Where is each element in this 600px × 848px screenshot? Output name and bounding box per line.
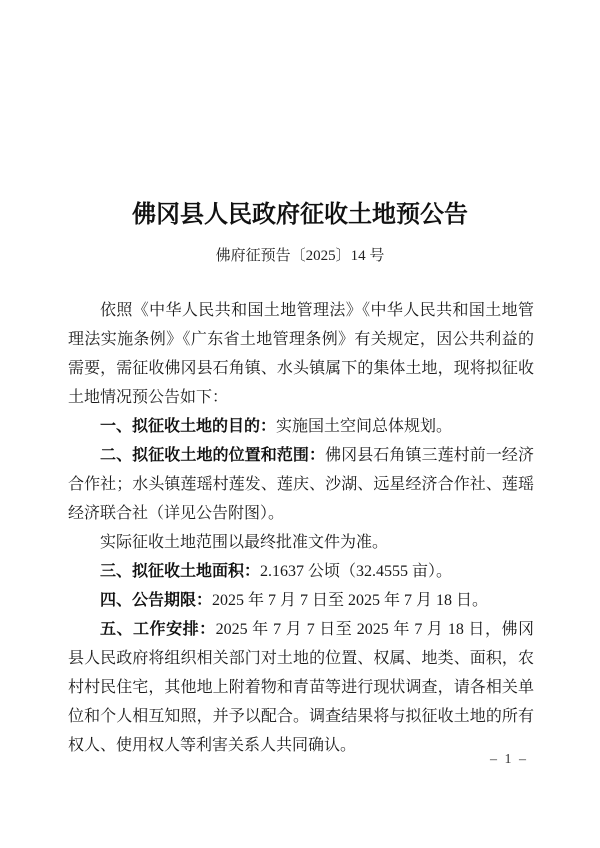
paragraph-intro: 依照《中华人民共和国土地管理法》《中华人民共和国土地管理法实施条例》《广东省土地…	[68, 296, 534, 412]
paragraph-note: 实际征收土地范围以最终批准文件为准。	[68, 528, 534, 557]
section-label: 五、工作安排：	[100, 621, 216, 638]
section-label: 四、公告期限：	[100, 592, 212, 609]
paragraph-section-3: 三、拟征收土地面积：2.1637 公顷（32.4555 亩）。	[68, 557, 534, 586]
section-label: 一、拟征收土地的目的：	[100, 418, 276, 435]
paragraph-text: 依照《中华人民共和国土地管理法》《中华人民共和国土地管理法实施条例》《广东省土地…	[68, 302, 534, 406]
paragraph-section-5: 五、工作安排：2025 年 7 月 7 日至 2025 年 7 月 18 日，佛…	[68, 615, 534, 760]
page-number: – 1 –	[490, 751, 528, 769]
document-title: 佛冈县人民政府征收土地预公告	[0, 199, 600, 231]
document-body: 依照《中华人民共和国土地管理法》《中华人民共和国土地管理法实施条例》《广东省土地…	[68, 296, 534, 760]
document-number: 佛府征预告〔2025〕14 号	[0, 246, 600, 266]
paragraph-text: 实施国土空间总体规划。	[276, 418, 452, 435]
paragraph-text: 2025 年 7 月 7 日至 2025 年 7 月 18 日，佛冈县人民政府将…	[68, 621, 534, 754]
paragraph-section-2: 二、拟征收土地的位置和范围：佛冈县石角镇三莲村前一经济合作社；水头镇莲瑶村莲发、…	[68, 441, 534, 528]
section-label: 二、拟征收土地的位置和范围：	[100, 447, 325, 464]
paragraph-section-4: 四、公告期限：2025 年 7 月 7 日至 2025 年 7 月 18 日。	[68, 586, 534, 615]
paragraph-section-1: 一、拟征收土地的目的：实施国土空间总体规划。	[68, 412, 534, 441]
paragraph-text: 2025 年 7 月 7 日至 2025 年 7 月 18 日。	[212, 592, 488, 609]
document-page: 佛冈县人民政府征收土地预公告 佛府征预告〔2025〕14 号 依照《中华人民共和…	[0, 0, 600, 848]
section-label: 三、拟征收土地面积：	[100, 563, 260, 580]
paragraph-text: 实际征收土地范围以最终批准文件为准。	[100, 534, 388, 551]
paragraph-text: 2.1637 公顷（32.4555 亩）。	[260, 563, 452, 580]
